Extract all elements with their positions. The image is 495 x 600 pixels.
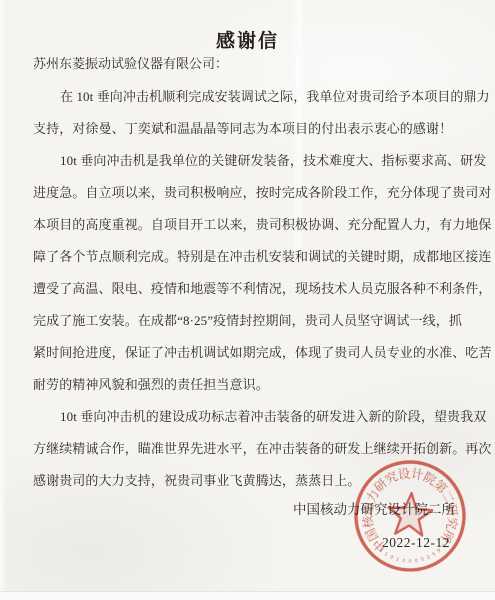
letter-line: 遭受了高温、限电、疫情和地震等不利情况，现场技术人员克服各种不利条件， xyxy=(33,273,467,305)
svg-text:1: 1 xyxy=(383,551,389,558)
paper-left-edge xyxy=(0,0,6,600)
svg-text:0: 0 xyxy=(402,558,406,564)
svg-text:0: 0 xyxy=(414,558,418,564)
letter-body: 在 10t 垂向冲击机顺利完成安装调试之际，我单位对贵司给予本项目的鼎力支持，对… xyxy=(33,81,467,497)
letter-line: 耐劳的精神风貌和强烈的责任担当意识。 xyxy=(33,369,467,401)
svg-text:9: 9 xyxy=(436,548,442,555)
letter-line: 进度急。自立项以来，贵司积极响应，按时完成各阶段工作，充分体现了贵司对 xyxy=(33,177,467,209)
svg-text:0: 0 xyxy=(389,554,394,561)
paper-bottom-edge xyxy=(0,591,495,600)
letter-line: 在 10t 垂向冲击机顺利完成安装调试之际，我单位对贵司给予本项目的鼎力 xyxy=(33,81,467,113)
svg-text:2: 2 xyxy=(426,554,431,561)
svg-text:1: 1 xyxy=(395,556,400,563)
letter-line: 紧时间抢进度，保证了冲击机调试如期完成，体现了贵司人员专业的水准、吃苦 xyxy=(33,337,467,369)
letter-line: 本项目的高度重视。自项目开工以来，贵司积极协调、充分配置人力，有力地保 xyxy=(33,209,467,241)
letter-page: 感谢信 苏州东菱振动试验仪器有限公司： 在 10t 垂向冲击机顺利完成安装调试之… xyxy=(0,0,495,600)
letter-line: 障了各个节点顺利完成。特别是在冲击机安装和调试的关键时期，成都地区接连 xyxy=(33,241,467,273)
seal-star xyxy=(387,492,434,537)
svg-text:5: 5 xyxy=(431,551,437,558)
svg-text:0: 0 xyxy=(420,556,425,563)
salutation: 苏州东菱振动试验仪器有限公司： xyxy=(33,48,228,80)
letter-line: 支持，对徐曼、丁奕斌和温晶晶等同志为本项目的付出表示衷心的感谢！ xyxy=(33,113,467,145)
svg-text:0: 0 xyxy=(409,558,412,564)
official-seal-stamp: 中国核动力研究设计院第二研究所 5101000025993 xyxy=(340,446,480,586)
letter-line: 10t 垂向冲击机是我单位的关键研发装备，技术难度大、指标要求高、研发 xyxy=(33,145,467,177)
svg-text:9: 9 xyxy=(441,543,447,549)
letter-line: 完成了施工安装。在成都“8·25”疫情封控期间，贵司人员坚守调试一线，抓 xyxy=(33,305,467,337)
letter-line: 10t 垂向冲击机的建设成功标志着冲击装备的研发进入新的阶段，望贵我双 xyxy=(33,401,467,433)
